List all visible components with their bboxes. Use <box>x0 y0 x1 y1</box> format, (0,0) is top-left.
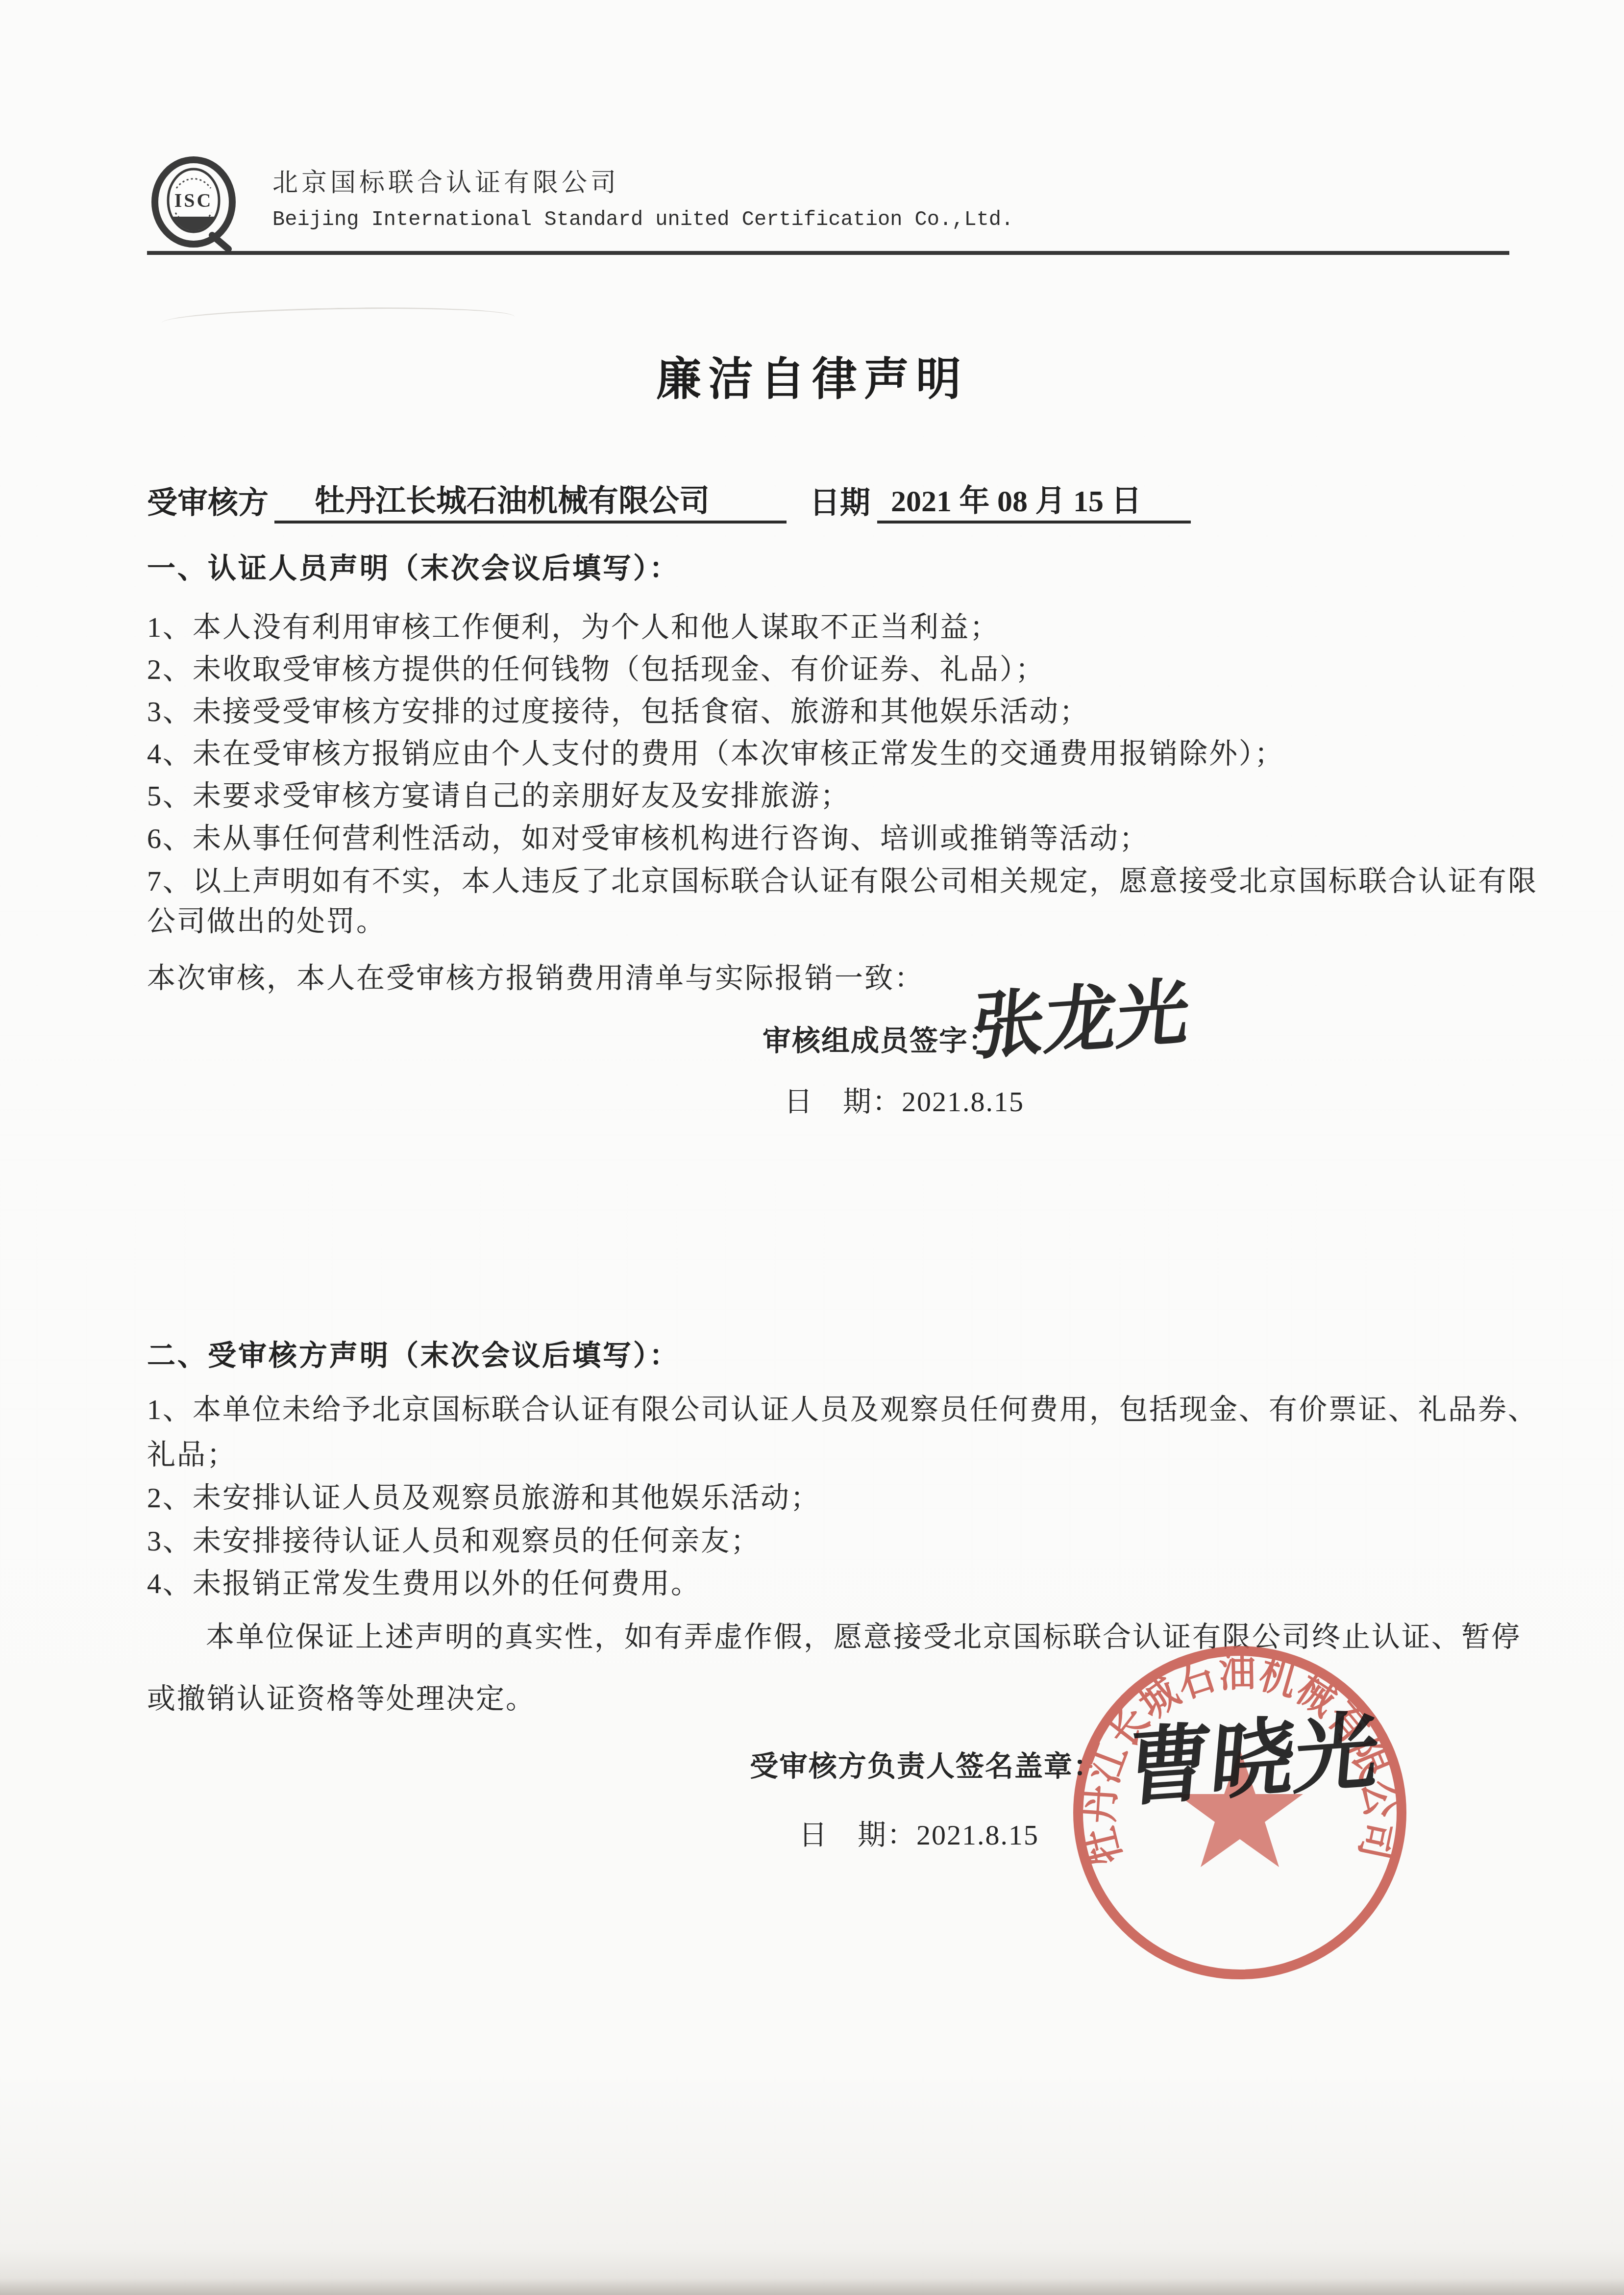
section2-item-3: 3、未安排接待认证人员和观察员的任何亲友； <box>147 1518 761 1559</box>
section2-heading: 二、受审核方声明（末次会议后填写）： <box>147 1332 680 1373</box>
isc-logo-icon: ISC <box>147 153 240 256</box>
party-date-label: 日 期： <box>799 1819 916 1851</box>
section1-item-1: 1、本人没有利用审核工作便利，为个人和他人谋取不正当利益； <box>147 604 1000 645</box>
scan-artifact-line <box>162 305 515 335</box>
section1-item-3: 3、未接受受审核方安排的过度接待，包括食宿、旅游和其他娱乐活动； <box>147 688 1089 729</box>
section1-item-2: 2、未收取受审核方提供的任何钱物（包括现金、有价证券、礼品）； <box>147 646 1045 687</box>
section2-item-2: 2、未安排认证人员及观察员旅游和其他娱乐活动； <box>147 1474 820 1516</box>
section1-item-6: 6、未从事任何营利性活动，如对受审核机构进行咨询、培训或推销等活动； <box>147 815 1149 856</box>
date-label: 日期 <box>810 478 870 522</box>
auditor-sign-label: 审核组成员签字： <box>763 1018 998 1059</box>
party-underline <box>274 521 787 524</box>
date-value: 2021 年 08 月 15 日 <box>891 476 1142 520</box>
section2-item-1-cont: 礼品； <box>147 1431 237 1472</box>
auditor-date-line: 日 期：2021.8.15 <box>784 1078 1024 1120</box>
section1-item-7: 7、以上声明如有不实，本人违反了北京国标联合认证有限公司相关规定，愿意接受北京国… <box>147 858 1538 899</box>
auditor-signature-handwriting: 张龙光 <box>968 954 1195 1074</box>
section1-heading: 一、认证人员声明（末次会议后填写）： <box>147 545 680 586</box>
party-signature-handwriting: 曹晓光 <box>1122 1683 1385 1822</box>
date-underline <box>877 521 1191 524</box>
party-date-value: 2021.8.15 <box>916 1819 1039 1851</box>
paper-bottom-shadow <box>0 2278 1624 2295</box>
party-date-line: 日 期：2021.8.15 <box>799 1812 1039 1853</box>
section2-item-4: 4、未报销正常发生费用以外的任何费用。 <box>147 1560 701 1601</box>
section2-item-1: 1、本单位未给予北京国标联合认证有限公司认证人员及观察员任何费用，包括现金、有价… <box>147 1386 1538 1427</box>
page-title: 廉洁自律声明 <box>0 343 1624 408</box>
company-name-cn: 北京国标联合认证有限公司 <box>272 162 619 199</box>
scanned-document-page: ISC 北京国标联合认证有限公司 Beijing International S… <box>0 0 1624 2295</box>
section1-item-5: 5、未要求受审核方宴请自己的亲朋好友及安排旅游； <box>147 773 850 814</box>
section1-closing: 本次审核，本人在受审核方报销费用清单与实际报销一致： <box>147 955 924 996</box>
audited-party-value: 牡丹江长城石油机械有限公司 <box>315 476 710 520</box>
header-rule <box>147 251 1509 255</box>
pledge-line-2: 或撤销认证资格等处理决定。 <box>147 1675 536 1717</box>
company-name-en: Beijing International Standard united Ce… <box>272 208 1013 231</box>
auditor-date-value: 2021.8.15 <box>902 1086 1024 1118</box>
auditor-date-label: 日 期： <box>784 1086 902 1118</box>
logo-isc-text: ISC <box>174 189 213 211</box>
audited-party-label: 受审核方 <box>147 478 269 522</box>
section1-item-7-cont: 公司做出的处罚。 <box>147 898 386 939</box>
section1-item-4: 4、未在受审核方报销应由个人支付的费用（本次审核正常发生的交通费用报销除外）； <box>147 730 1284 772</box>
party-sign-label: 受审核方负责人签名盖章： <box>750 1743 1103 1784</box>
